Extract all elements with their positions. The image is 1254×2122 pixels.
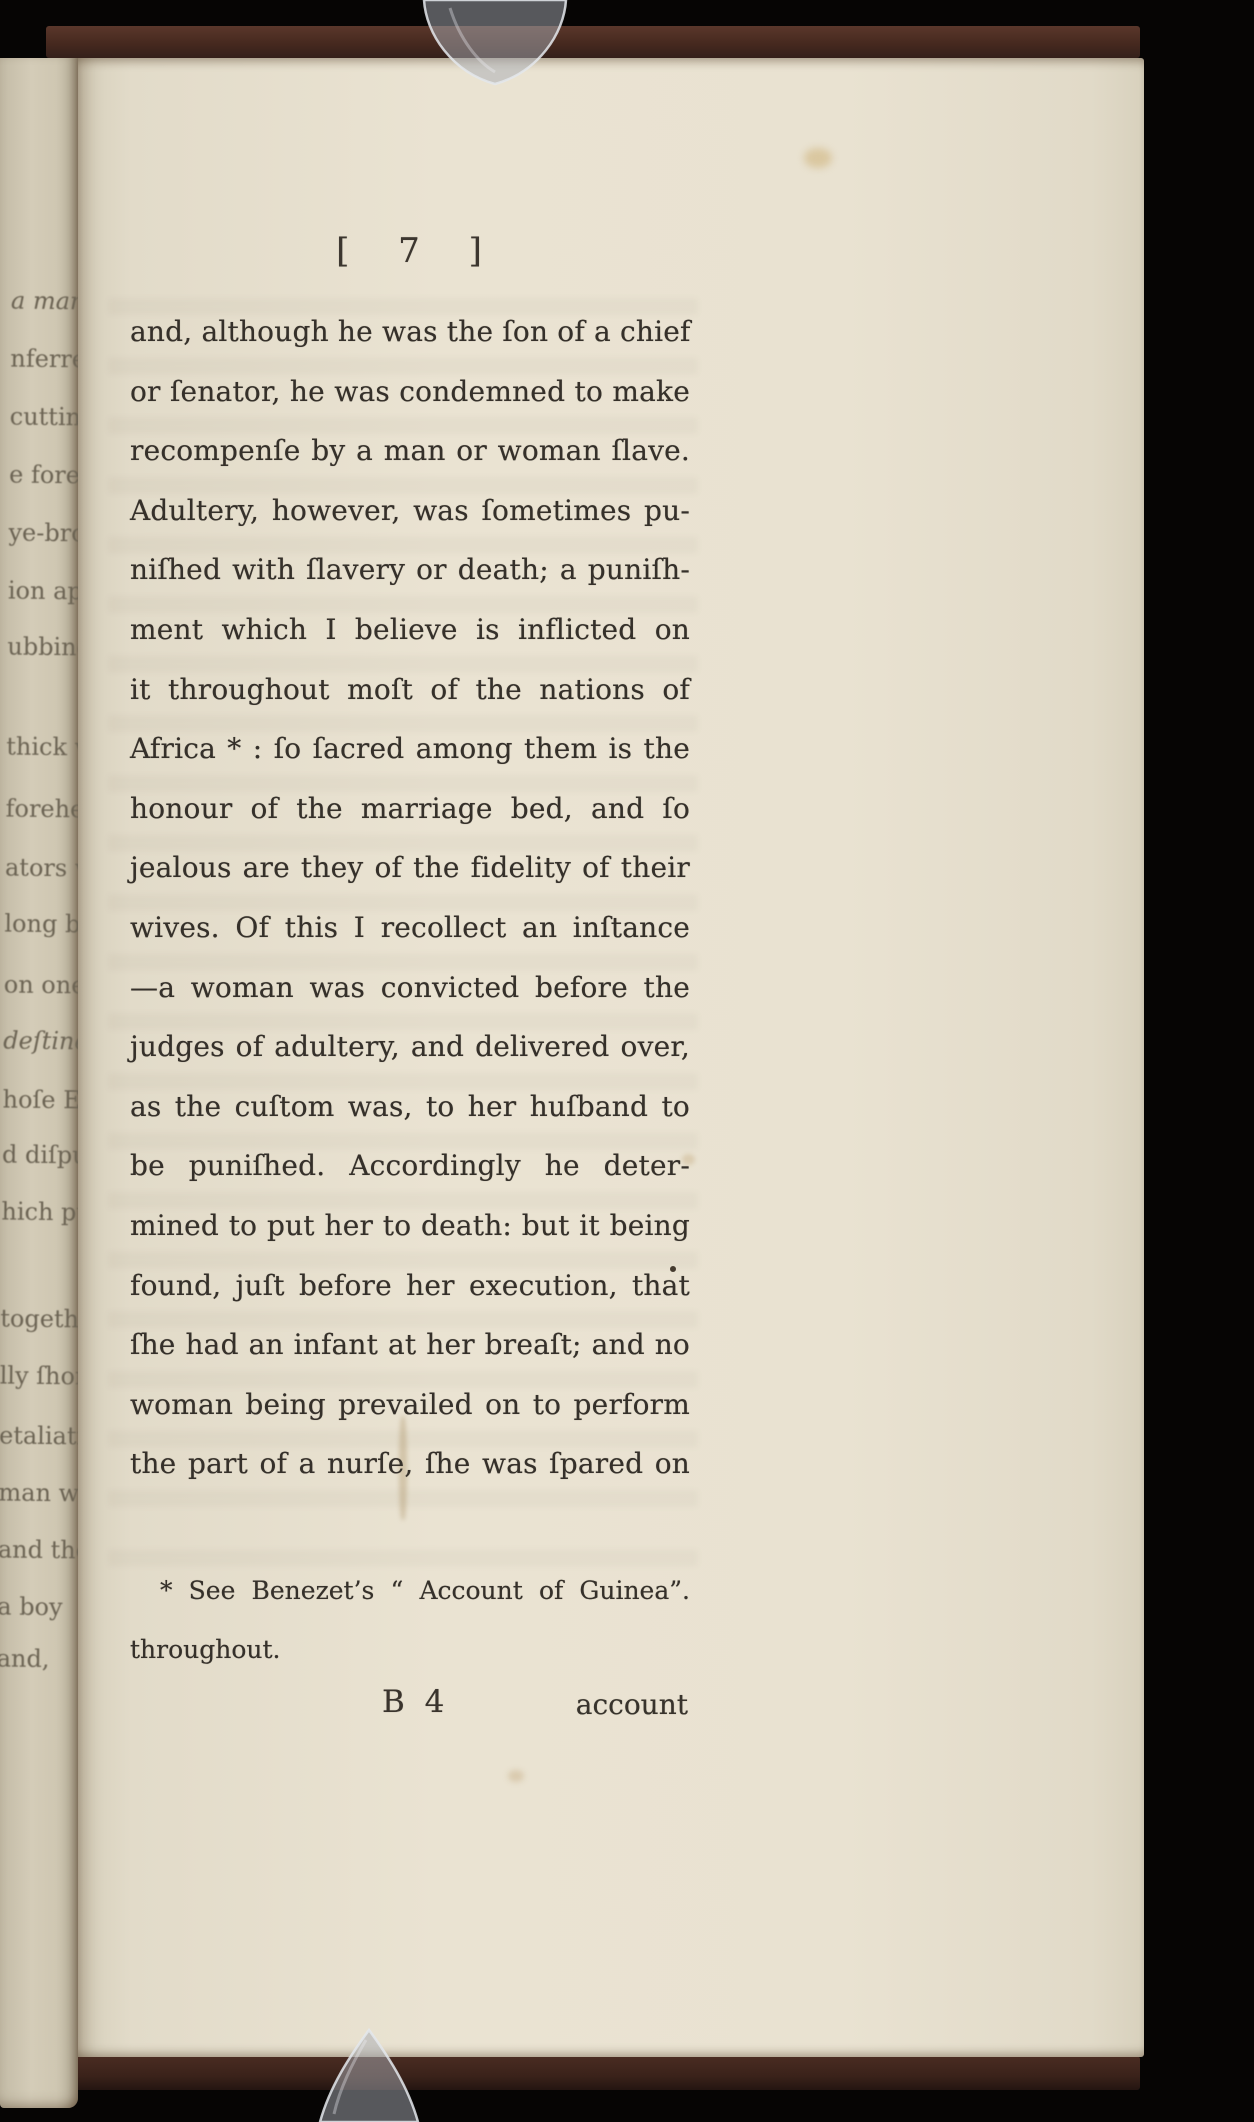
stain <box>804 148 832 168</box>
body-line: it throughout moſt of the nations of <box>130 660 690 720</box>
footnote-line: throughout. <box>130 1622 690 1684</box>
book-scan-scene: a mark nferred cutting th e forehead ye-… <box>0 0 1254 2122</box>
adjacent-page-text-fragment: and the <box>0 1529 88 1572</box>
catchword: account <box>576 1688 688 1721</box>
page-number: [ 7 ] <box>130 218 690 302</box>
adjacent-page-text-fragment: man was <box>0 1472 89 1515</box>
book-cover-edge-top <box>46 26 1140 58</box>
stain <box>508 1770 524 1782</box>
body-line: found, juſt before her execution, that <box>130 1256 690 1316</box>
body-line: niſhed with ſlavery or death; a puniſh- <box>130 540 690 600</box>
body-line: the part of a nurſe, ſhe was ſpared on <box>130 1434 690 1494</box>
adjacent-page-text-fragment: etaliatio <box>0 1415 89 1458</box>
body-line: and, although he was the ſon of a chief <box>130 302 690 362</box>
body-line: or ſenator, he was condemned to make <box>130 362 690 422</box>
body-line: as the cuſtom was, to her huſband to <box>130 1077 690 1137</box>
body-line: mined to put her to death: but it being <box>130 1196 690 1256</box>
text-block: [ 7 ] and, although he was the ſon of a … <box>130 218 690 1746</box>
book-cover-edge-bottom <box>50 2056 1140 2090</box>
body-line: —a woman was convicted before the <box>130 958 690 1018</box>
body-line: honour of the marriage bed, and ſo <box>130 779 690 839</box>
body-line: be puniſhed. Accordingly he deter- <box>130 1136 690 1196</box>
body-line: judges of adultery, and delivered over, <box>130 1017 690 1077</box>
book-page: [ 7 ] and, although he was the ſon of a … <box>78 58 1144 2057</box>
body-line: woman being prevailed on to perform <box>130 1375 690 1435</box>
body-line: ſhe had an infant at her breaſt; and no <box>130 1315 690 1375</box>
footnote-line: * See Benezet’s “ Account of Guinea”. <box>130 1560 690 1622</box>
body-line: recompenſe by a man or woman ſlave. <box>130 421 690 481</box>
signature-row: B 4 account <box>130 1684 690 1746</box>
adjacent-page-text-fragment: and, <box>0 1637 87 1680</box>
body-line: Africa * : ſo ſacred among them is the <box>130 719 690 779</box>
body-line: Adultery, however, was ſometimes pu- <box>130 481 690 541</box>
body-line: wives. Of this I recollect an inſtance <box>130 898 690 958</box>
body-line: ment which I believe is inflicted on <box>130 600 690 660</box>
adjacent-page-text-fragment: together <box>0 1298 90 1341</box>
adjacent-page-text-fragment: lly ſhort <box>0 1355 90 1398</box>
adjacent-page-text-fragment: a boy <box>0 1586 87 1629</box>
body-line: jealous are they of the fidelity of thei… <box>130 838 690 898</box>
signature-mark: B 4 <box>382 1684 444 1720</box>
